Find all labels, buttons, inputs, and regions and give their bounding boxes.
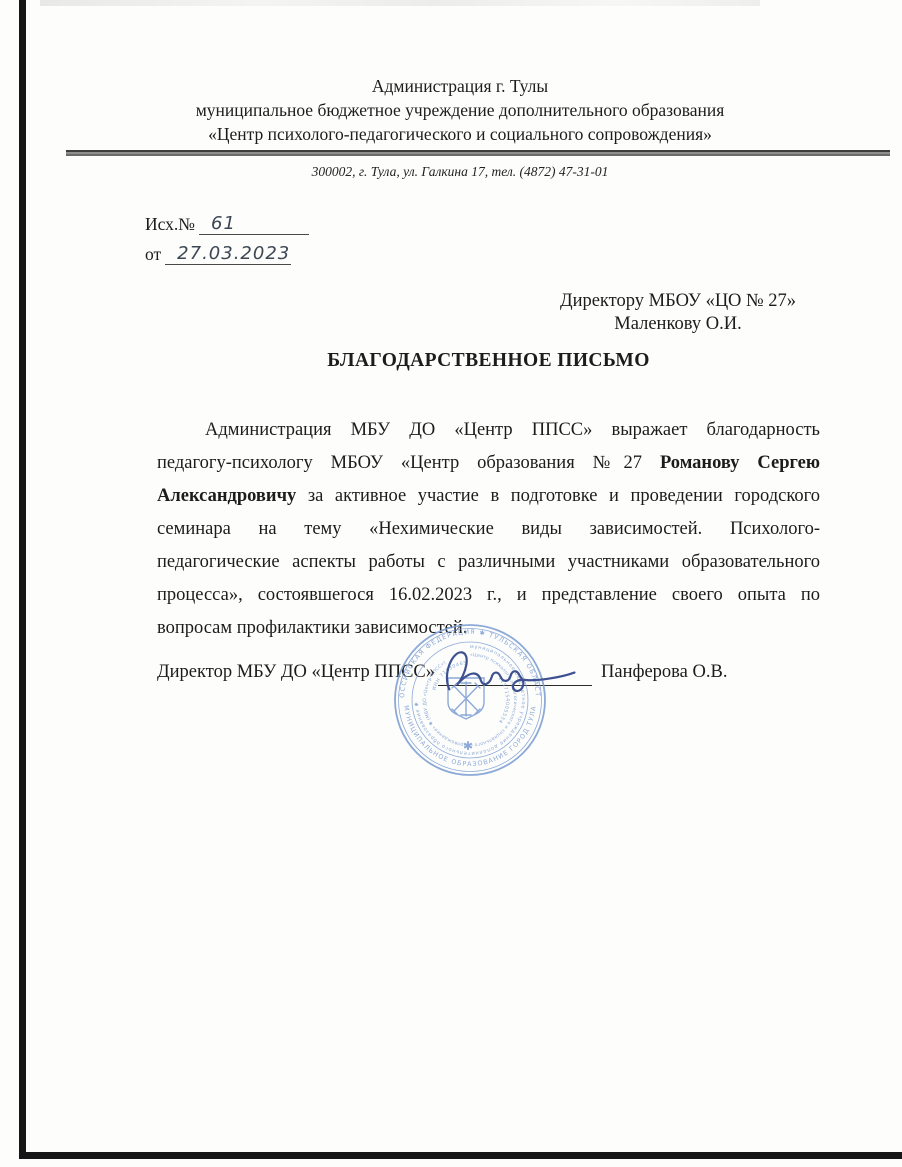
letterhead-line-1: Администрация г. Тулы (60, 74, 860, 98)
date-row: от 27.03.2023 (145, 235, 309, 265)
outgoing-number-field: 61 (199, 213, 309, 235)
body-line: педагогу-психологу МБОУ «Центр образован… (157, 447, 820, 480)
addressee-line-1: Директору МБОУ «ЦО № 27» (548, 290, 808, 313)
scanned-letter-page: Администрация г. Тулы муниципальное бюдж… (0, 0, 902, 1167)
scan-edge-bottom (19, 1152, 902, 1159)
letterhead-line-2: муниципальное бюджетное учреждение допол… (60, 98, 860, 122)
body-line: педагогические аспекты работы с различны… (157, 546, 820, 579)
outgoing-number-value: 61 (211, 213, 236, 234)
body-line: Администрация МБУ ДО «Центр ППСС» выража… (157, 414, 820, 447)
scan-top-smudge (40, 0, 760, 6)
addressee-line-2: Маленкову О.И. (548, 313, 808, 336)
letterhead-address: 300002, г. Тула, ул. Галкина 17, тел. (4… (60, 164, 860, 180)
outgoing-number-label: Исх.№ (145, 214, 195, 235)
date-value: 27.03.2023 (177, 243, 290, 264)
body-line: Александровичу за активное участие в под… (157, 480, 820, 513)
reference-block: Исх.№ 61 от 27.03.2023 (145, 205, 309, 265)
outgoing-number-row: Исх.№ 61 (145, 205, 309, 235)
letter-title: БЛАГОДАРСТВЕННОЕ ПИСЬМО (157, 350, 820, 372)
body-paragraph: Администрация МБУ ДО «Центр ППСС» выража… (157, 414, 820, 645)
date-field: 27.03.2023 (165, 243, 291, 265)
body-line: процесса», состоявшегося 16.02.2023 г., … (157, 579, 820, 612)
scan-edge-left (19, 0, 26, 1159)
letterhead-line-3: «Центр психолого-педагогического и социа… (60, 122, 860, 146)
date-label: от (145, 244, 161, 265)
stamp-asterisk: ✱ (463, 739, 473, 753)
letterhead: Администрация г. Тулы муниципальное бюдж… (60, 74, 860, 146)
letterhead-rule (66, 150, 890, 156)
body-line: семинара на тему «Нехимические виды зави… (157, 513, 820, 546)
signature-ink (430, 638, 620, 698)
signature-scribble (445, 645, 575, 696)
addressee-block: Директору МБОУ «ЦО № 27» Маленкову О.И. (548, 290, 808, 336)
